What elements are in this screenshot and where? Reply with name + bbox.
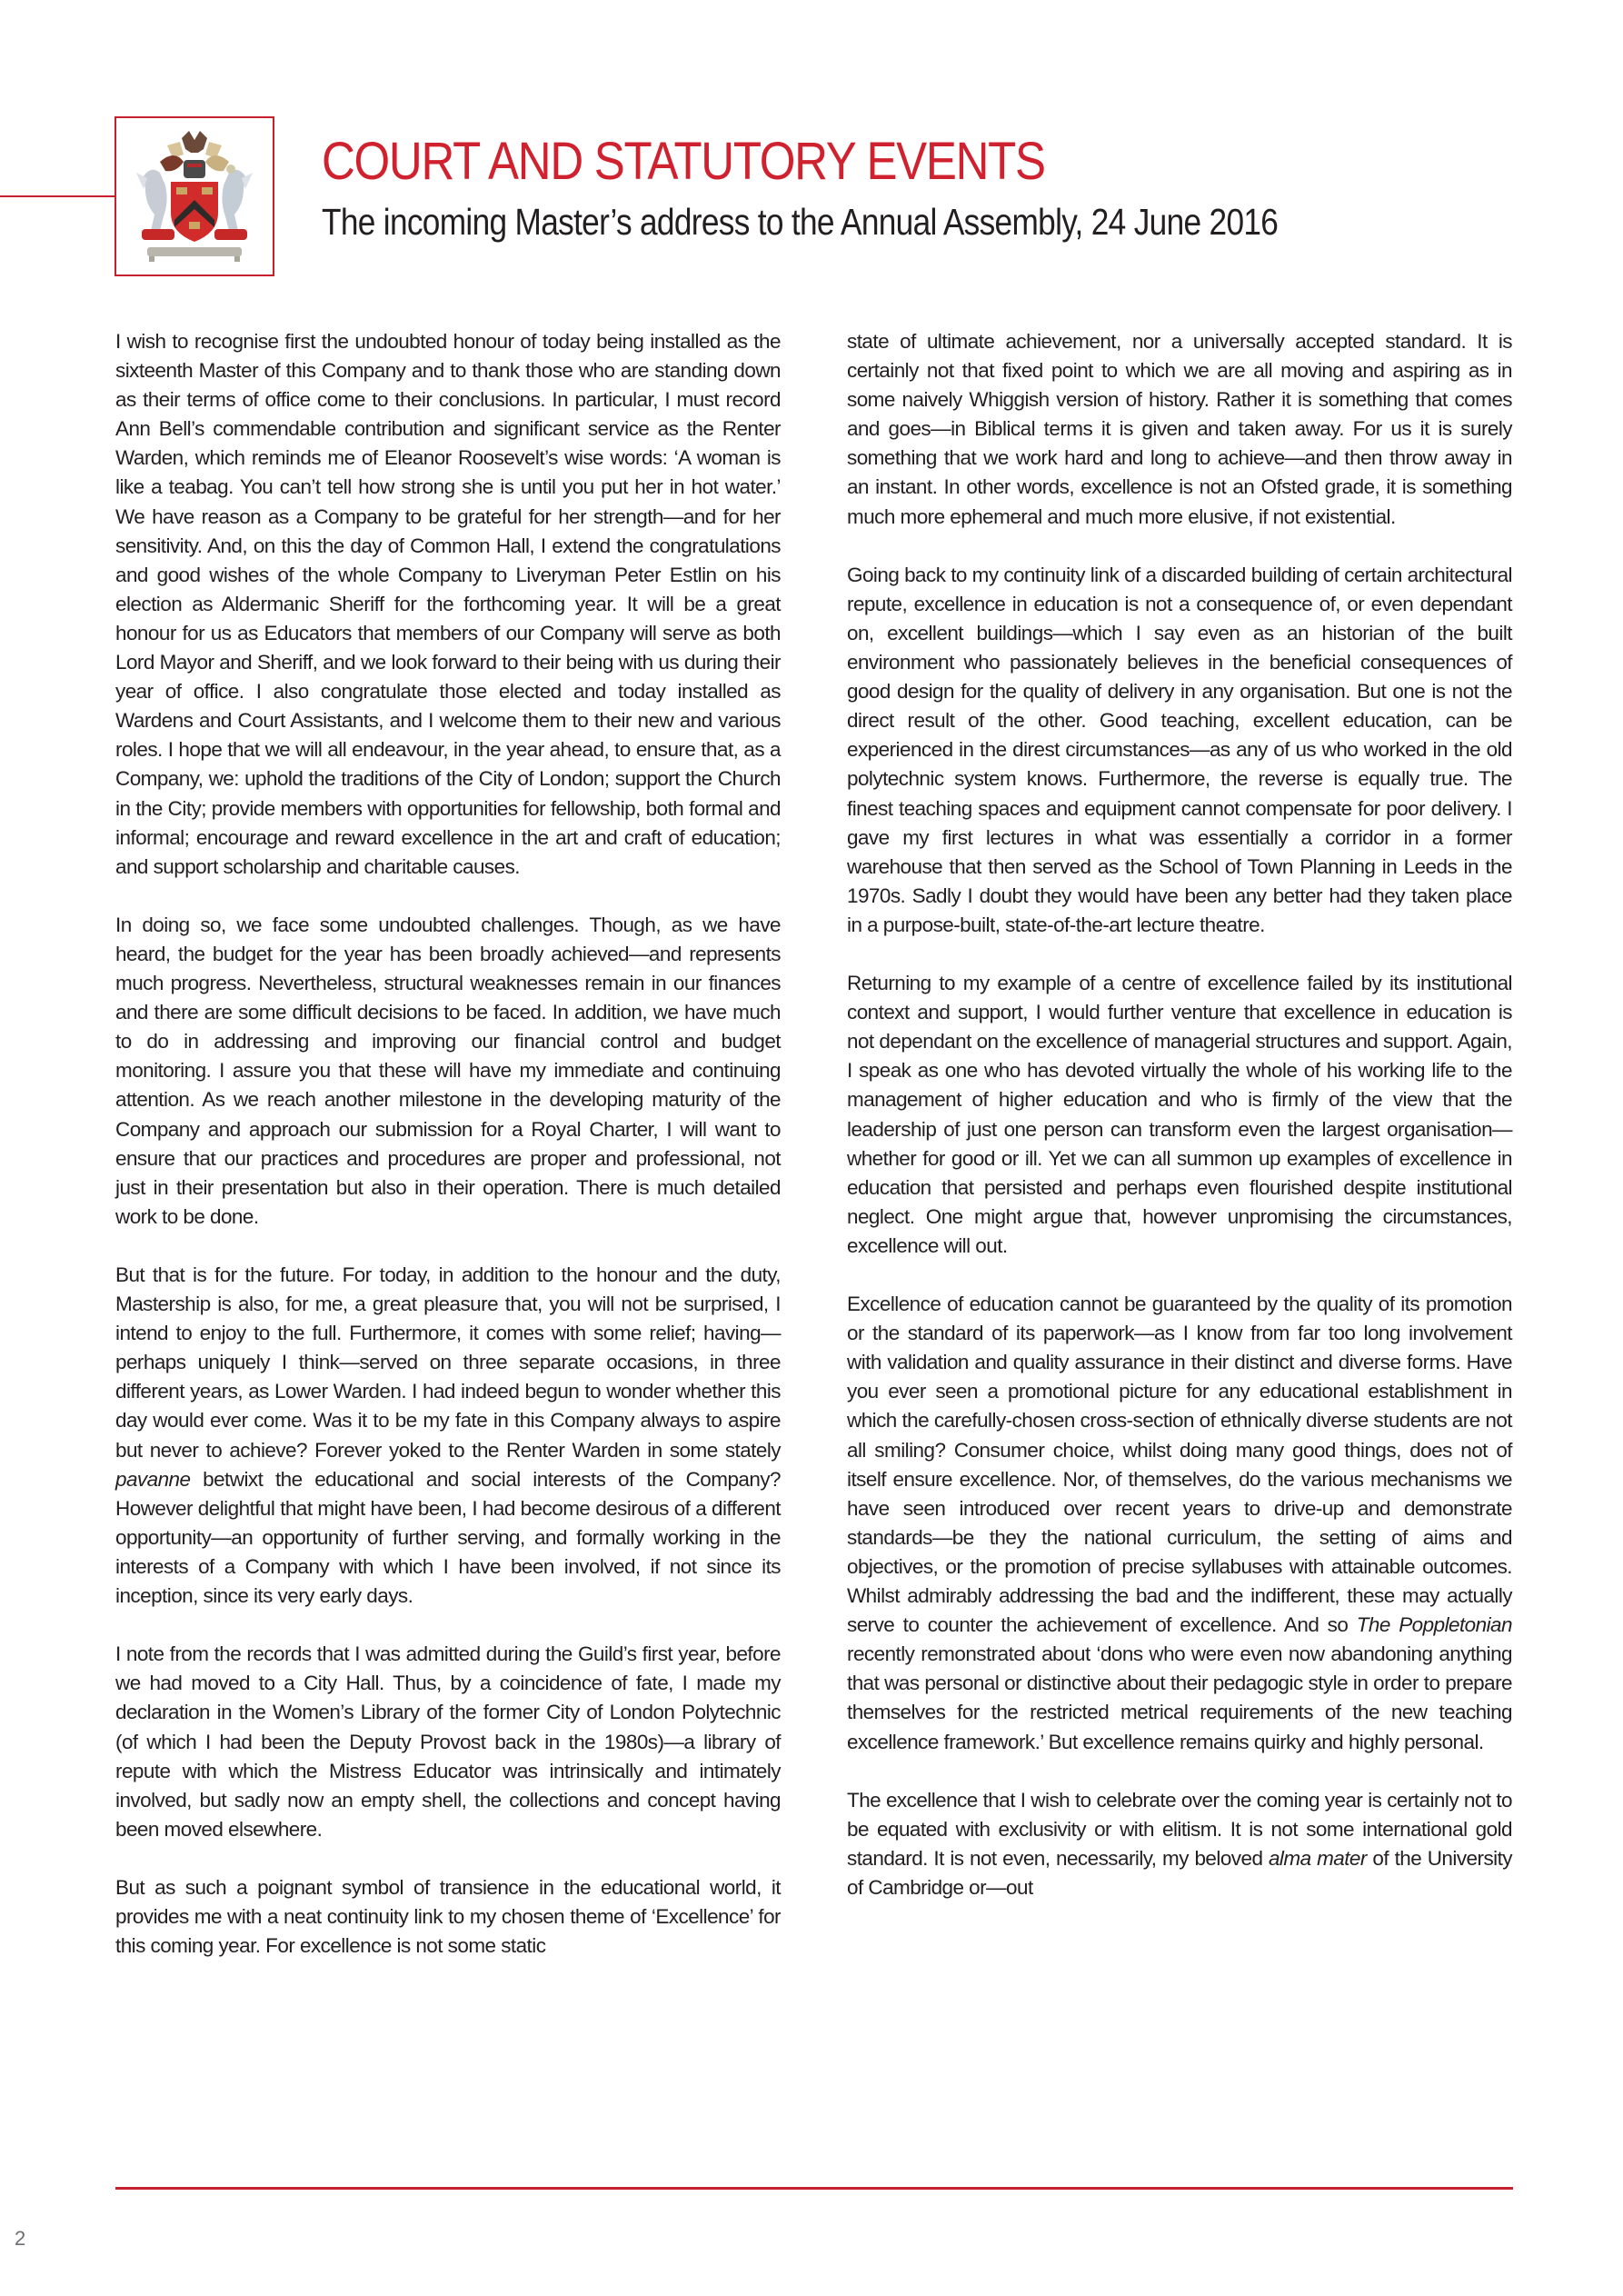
italic-text: pavanne: [115, 1468, 190, 1491]
paragraph-text: In doing so, we face some undoubted chal…: [115, 913, 781, 1228]
paragraph: I wish to recognise first the undoubted …: [115, 327, 781, 882]
paragraph-text: Going back to my continuity link of a di…: [847, 564, 1512, 936]
paragraph: But as such a poignant symbol of transie…: [115, 1873, 781, 1961]
header-rule: [0, 195, 116, 197]
italic-text: alma mater: [1269, 1847, 1367, 1870]
paragraph: Going back to my continuity link of a di…: [847, 561, 1512, 940]
paragraph-text: But that is for the future. For today, i…: [115, 1263, 781, 1462]
paragraph: Returning to my example of a centre of e…: [847, 969, 1512, 1261]
paragraph: I note from the records that I was admit…: [115, 1640, 781, 1844]
paragraph: The excellence that I wish to celebrate …: [847, 1786, 1512, 1902]
paragraph: But that is for the future. For today, i…: [115, 1261, 781, 1611]
paragraph: state of ultimate achievement, nor a uni…: [847, 327, 1512, 532]
paragraph-text: But as such a poignant symbol of transie…: [115, 1876, 781, 1957]
paragraph-text: betwixt the educational and social inter…: [115, 1468, 781, 1607]
section-title: COURT AND STATUTORY EVENTS: [322, 130, 1045, 194]
paragraph-text: recently remonstrated about ‘dons who we…: [847, 1642, 1512, 1752]
italic-text: The Poppletonian: [1357, 1613, 1512, 1636]
coat-of-arms-logo: [115, 116, 274, 276]
paragraph-text: state of ultimate achievement, nor a uni…: [847, 330, 1512, 528]
right-column: state of ultimate achievement, nor a uni…: [847, 327, 1512, 1902]
paragraph: In doing so, we face some undoubted chal…: [115, 911, 781, 1232]
coat-of-arms-icon: [124, 125, 265, 267]
article-subtitle: The incoming Master’s address to the Ann…: [322, 196, 1278, 247]
paragraph-text: Excellence of education cannot be guaran…: [847, 1293, 1512, 1636]
left-column: I wish to recognise first the undoubted …: [115, 327, 781, 1961]
page-number: 2: [15, 2227, 25, 2251]
footer-rule: [115, 2187, 1513, 2190]
paragraph: Excellence of education cannot be guaran…: [847, 1290, 1512, 1757]
paragraph-text: I note from the records that I was admit…: [115, 1642, 781, 1841]
paragraph-text: Returning to my example of a centre of e…: [847, 972, 1512, 1257]
paragraph-text: I wish to recognise first the undoubted …: [115, 330, 781, 878]
